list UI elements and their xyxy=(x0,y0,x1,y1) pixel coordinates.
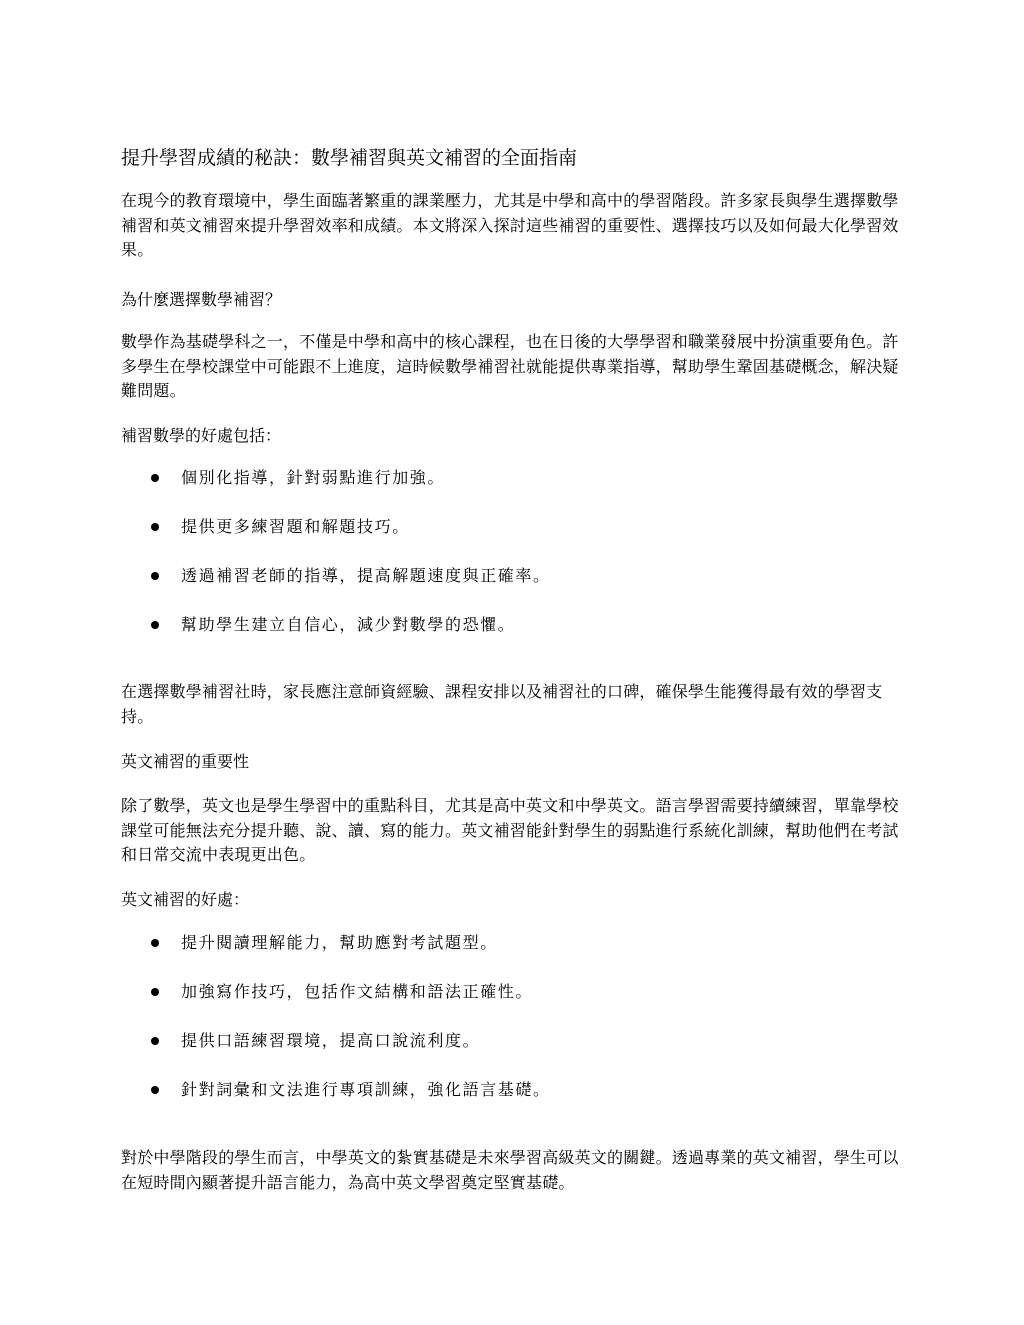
math-section-heading: 為什麼選擇數學補習？ xyxy=(121,288,281,312)
bullet-icon xyxy=(151,1086,159,1094)
list-item-text: 幫助學生建立自信心，減少對數學的恐懼。 xyxy=(181,613,515,637)
english-section-heading: 英文補習的重要性 xyxy=(121,750,249,774)
bullet-icon xyxy=(151,939,159,947)
math-benefits-label: 補習數學的好處包括： xyxy=(121,424,281,448)
english-closing-paragraph: 對於中學階段的學生而言，中學英文的紮實基礎是未來學習高級英文的關鍵。透過專業的英… xyxy=(121,1146,911,1195)
document-title: 提升學習成績的秘訣：數學補習與英文補習的全面指南 xyxy=(121,144,577,172)
english-section-paragraph: 除了數學，英文也是學生學習中的重點科目，尤其是高中英文和中學英文。語言學習需要持… xyxy=(121,794,911,868)
bullet-icon xyxy=(151,621,159,629)
list-item-text: 個別化指導，針對弱點進行加強。 xyxy=(181,466,445,490)
list-item-text: 針對詞彙和文法進行專項訓練，強化語言基礎。 xyxy=(181,1078,551,1102)
bullet-icon xyxy=(151,474,159,482)
english-benefits-label: 英文補習的好處： xyxy=(121,888,249,912)
math-section-paragraph: 數學作為基礎學科之一，不僅是中學和高中的核心課程，也在日後的大學學習和職業發展中… xyxy=(121,330,911,404)
math-closing-paragraph: 在選擇數學補習社時，家長應注意師資經驗、課程安排以及補習社的口碑，確保學生能獲得… xyxy=(121,680,911,729)
bullet-icon xyxy=(151,572,159,580)
bullet-icon xyxy=(151,988,159,996)
bullet-icon xyxy=(151,523,159,531)
intro-paragraph: 在現今的教育環境中，學生面臨著繁重的課業壓力，尤其是中學和高中的學習階段。許多家… xyxy=(121,189,911,263)
list-item-text: 透過補習老師的指導，提高解題速度與正確率。 xyxy=(181,564,551,588)
list-item-text: 提升閱讀理解能力，幫助應對考試題型。 xyxy=(181,931,498,955)
list-item-text: 提供更多練習題和解題技巧。 xyxy=(181,515,410,539)
bullet-icon xyxy=(151,1037,159,1045)
list-item-text: 加強寫作技巧，包括作文結構和語法正確性。 xyxy=(181,980,533,1004)
list-item-text: 提供口語練習環境，提高口說流利度。 xyxy=(181,1029,480,1053)
